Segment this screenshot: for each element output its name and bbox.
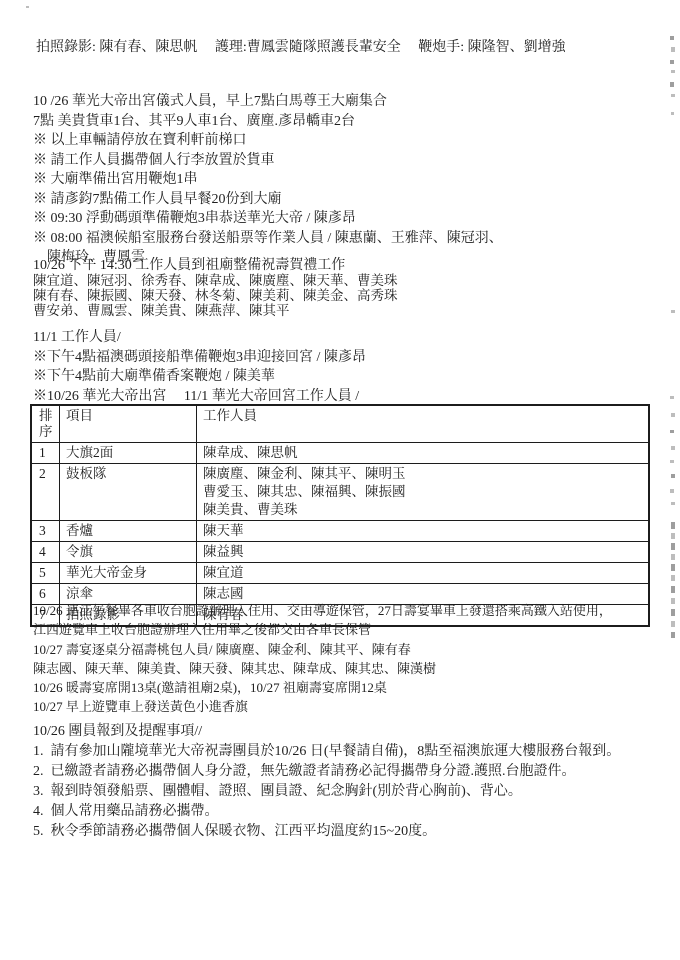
- logistics-notes-section: 10/26 連江午餐畢各車收台胞證辦理入住用、交由導遊保管，27日壽宴畢車上發還…: [33, 601, 612, 717]
- return-workers-section: 11/1 工作人員/ ※下午4點福澳碼頭接船準備鞭炮3串迎接回宮 / 陳彥昂 ※…: [33, 328, 366, 406]
- table-row: 3 香爐 陳天華: [32, 520, 648, 541]
- scan-artifact: [671, 112, 674, 115]
- item-cell: 香爐: [59, 521, 196, 541]
- text-line: ※ 請彥鈞7點備工作人員早餐20份到大廟: [33, 190, 503, 210]
- workers-line: 曹愛玉、陳其忠、陳福興、陳振國: [203, 483, 642, 501]
- text-line: 10/26 暖壽宴席開13桌(邀請祖廟2桌)，10/27 祖廟壽宴席開12桌: [33, 678, 612, 697]
- text-line: 10/26 連江午餐畢各車收台胞證辦理入住用、交由導遊保管，27日壽宴畢車上發還…: [33, 601, 612, 620]
- text-line: 10/27 早上遊覽車上發送黃色小進香旗: [33, 697, 612, 716]
- scan-artifact: [670, 60, 674, 64]
- text-line: ※ 08:00 福澳候船室服務台發送船票等作業人員 / 陳惠蘭、王雅萍、陳冠羽、: [33, 229, 503, 249]
- workers-header-cell: 工作人員: [196, 406, 648, 442]
- scan-artifact: [671, 446, 675, 450]
- scan-artifact: [670, 82, 674, 87]
- scan-artifact: [671, 47, 675, 52]
- scan-artifact: [671, 609, 675, 616]
- table-row: 5 華光大帝金身 陳宜道: [32, 562, 648, 583]
- scan-artifact: [671, 632, 675, 638]
- numbered-item: 5. 秋令季節請務必攜帶個人保暖衣物、江西平均溫度約15~20度。: [33, 822, 620, 842]
- text-line: 10/27 壽宴逐桌分福壽桃包人員/ 陳廣塵、陳金利、陳其平、陳有春: [33, 640, 612, 659]
- text-line: 11/1 工作人員/: [33, 328, 366, 348]
- text-line: 10 /26 華光大帝出宮儀式人員，早上7點白馬尊王大廟集合: [33, 92, 503, 112]
- scan-artifact: [671, 94, 675, 97]
- text-line: ※ 09:30 浮動碼頭準備鞭炮3串恭送華光大帝 / 陳彥昂: [33, 209, 503, 229]
- text-line: 陳志國、陳天華、陳美貴、陳天發、陳其忠、陳韋成、陳其忠、陳漢樹: [33, 659, 612, 678]
- scan-artifact: [671, 502, 675, 505]
- scan-artifact: [671, 522, 675, 529]
- text-line: ※下午4點前大廟準備香案鞭炮 / 陳美華: [33, 367, 366, 387]
- scan-artifact: [671, 310, 675, 313]
- item-header-cell: 項目: [59, 406, 196, 442]
- text-line: 江西遊覽車上收台胞證辦理入住用畢之後都交由各車長保管: [33, 620, 612, 639]
- numbered-item: 2. 已繳證者請務必攜帶個人身分證，無先繳證者請務必記得攜帶身分證.護照.台胞證…: [33, 762, 620, 782]
- seq-header-line: 序: [39, 424, 53, 440]
- seq-cell: 4: [32, 542, 59, 562]
- item-cell: 大旗2面: [59, 443, 196, 463]
- scan-artifact: [671, 575, 675, 581]
- item-cell: 鼓板隊: [59, 464, 196, 520]
- scan-artifact: [670, 489, 674, 493]
- text-line: ※ 大廟準備出宮用鞭炮1串: [33, 170, 503, 190]
- scan-artifact: [671, 586, 675, 593]
- seq-cell: 1: [32, 443, 59, 463]
- scan-artifact: [671, 543, 675, 550]
- name-list-line: 陳有春、陳振國、陳天發、林冬菊、陳美莉、陳美金、高秀珠: [33, 288, 398, 303]
- section-heading: 10/26 下午 14:30 工作人員到祖廟整備祝壽賀禮工作: [33, 258, 398, 273]
- seq-header-cell: 排 序: [32, 406, 59, 442]
- checkin-reminders-section: 10/26 團員報到及提醒事項// 1. 請有參加山隴境華光大帝祝壽團員於10/…: [33, 722, 620, 842]
- workers-cell: 陳韋成、陳思帆: [196, 443, 648, 463]
- numbered-item: 3. 報到時領發船票、團體帽、證照、團員證、紀念胸針(別於背心胸前)、背心。: [33, 782, 620, 802]
- scan-artifact: [671, 564, 675, 571]
- table-row: 4 令旗 陳益興: [32, 541, 648, 562]
- text-line: 7點 美貴貨車1台、其平9人車1台、廣塵.彥昂轎車2台: [33, 112, 503, 132]
- text-line: ※ 請工作人員攜帶個人行李放置於貨車: [33, 151, 503, 171]
- workers-cell: 陳宜道: [196, 563, 648, 583]
- seq-cell: 5: [32, 563, 59, 583]
- name-list-line: 曹安弟、曹鳳雲、陳美貴、陳燕萍、陳其平: [33, 303, 398, 318]
- table-row: 1 大旗2面 陳韋成、陳思帆: [32, 442, 648, 463]
- credits-line: 拍照錄影: 陳有春、陳思帆 護理:曹鳳雲隨隊照護長輩安全 鞭炮手: 陳隆智、劉增…: [36, 38, 566, 58]
- workers-cell: 陳天華: [196, 521, 648, 541]
- item-cell: 華光大帝金身: [59, 563, 196, 583]
- scan-artifact: [671, 598, 675, 604]
- workers-line: 陳廣塵、陳金利、陳其平、陳明玉: [203, 465, 642, 483]
- scan-artifact: [671, 533, 675, 539]
- scan-artifact: [670, 396, 674, 399]
- scan-artifact: [670, 430, 674, 433]
- scan-artifact: [670, 460, 674, 463]
- scan-artifact: [671, 413, 675, 417]
- numbered-item: 4. 個人常用藥品請務必攜帶。: [33, 802, 620, 822]
- item-cell: 令旗: [59, 542, 196, 562]
- worker-assignment-table: 排 序 項目 工作人員 1 大旗2面 陳韋成、陳思帆 2 鼓板隊 陳廣塵、陳金利…: [30, 404, 650, 627]
- scan-artifact: [671, 621, 675, 627]
- scanned-document-page: 拍照錄影: 陳有春、陳思帆 護理:曹鳳雲隨隊照護長輩安全 鞭炮手: 陳隆智、劉增…: [0, 0, 680, 960]
- scan-artifact: [26, 6, 29, 8]
- seq-header-line: 排: [39, 408, 53, 424]
- scan-artifact: [671, 70, 675, 73]
- text-line: ※下午4點福澳碼頭接船準備鞭炮3串迎接回宮 / 陳彥昂: [33, 348, 366, 368]
- name-list-line: 陳宜道、陳冠羽、徐秀春、陳韋成、陳廣塵、陳天華、曹美珠: [33, 273, 398, 288]
- seq-cell: 3: [32, 521, 59, 541]
- table-row: 2 鼓板隊 陳廣塵、陳金利、陳其平、陳明玉 曹愛玉、陳其忠、陳福興、陳振國 陳美…: [32, 463, 648, 520]
- scan-artifact: [671, 554, 675, 560]
- seq-cell: 2: [32, 464, 59, 520]
- table-header-row: 排 序 項目 工作人員: [32, 406, 648, 442]
- workers-cell: 陳廣塵、陳金利、陳其平、陳明玉 曹愛玉、陳其忠、陳福興、陳振國 陳美貴、曹美珠: [196, 464, 648, 520]
- scan-artifact: [671, 474, 675, 478]
- section-heading: 10/26 團員報到及提醒事項//: [33, 722, 620, 742]
- text-line: ※ 以上車輛請停放在寶利軒前梯口: [33, 131, 503, 151]
- workers-line: 陳美貴、曹美珠: [203, 501, 642, 519]
- workers-cell: 陳益興: [196, 542, 648, 562]
- numbered-item: 1. 請有參加山隴境華光大帝祝壽團員於10/26 日(早餐請自備)，8點至福澳旅…: [33, 742, 620, 762]
- departure-section: 10 /26 華光大帝出宮儀式人員，早上7點白馬尊王大廟集合 7點 美貴貨車1台…: [33, 92, 503, 268]
- scan-artifact: [670, 36, 674, 40]
- afternoon-section: 10/26 下午 14:30 工作人員到祖廟整備祝壽賀禮工作 陳宜道、陳冠羽、徐…: [33, 258, 398, 318]
